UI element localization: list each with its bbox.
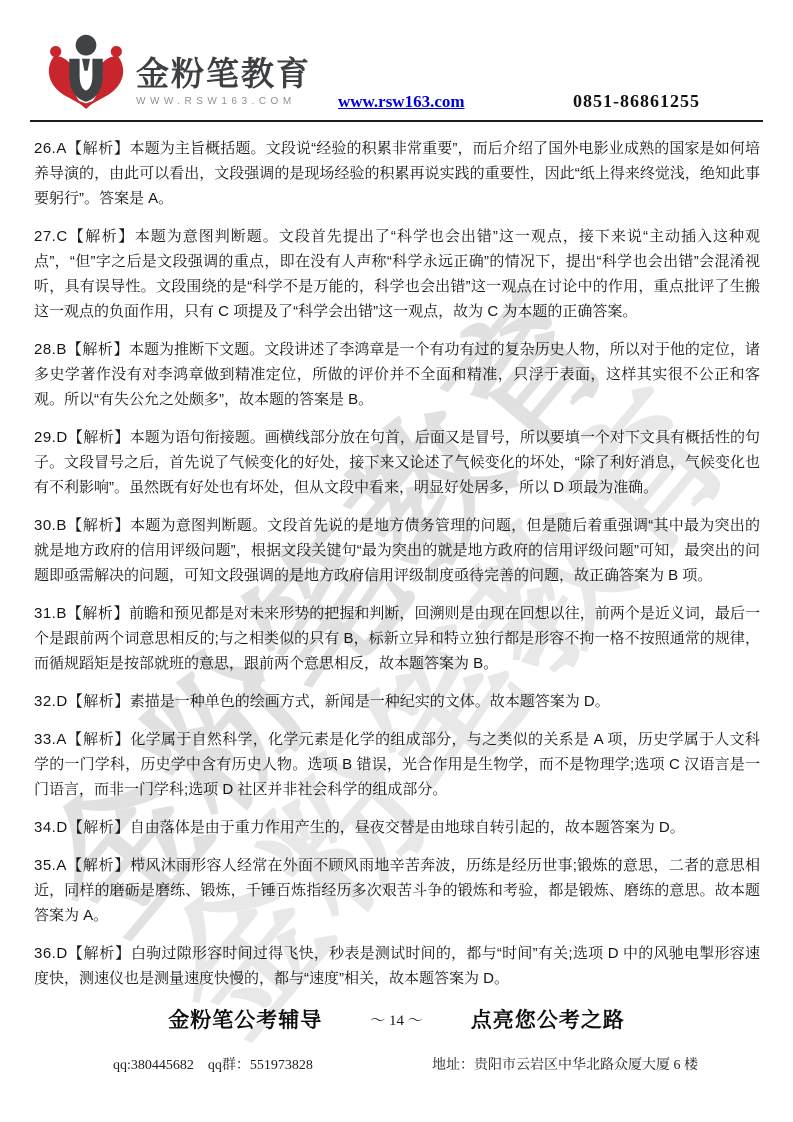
analysis-label: 【解析】 [67, 341, 129, 358]
analysis-label: 【解析】 [67, 605, 129, 622]
explanation-paragraph: 26.A【解析】本题为主旨概括题。文段说“经验的积累非常重要”，而后介绍了国外电… [34, 136, 760, 211]
brand: 金粉笔教育 WWW.RSW163.COM [46, 34, 311, 109]
explanation-text: 本题为语句衔接题。画横线部分放在句首，后面又是冒号，所以要填一个对下文具有概括性… [34, 429, 760, 496]
question-number-answer: 30.B [34, 517, 67, 534]
question-number-answer: 34.D [34, 819, 68, 836]
brand-site-url: WWW.RSW163.COM [136, 96, 311, 107]
analysis-label: 【解析】 [68, 429, 130, 446]
page-number: ～ 14 ～ [370, 1009, 423, 1030]
explanation-paragraph: 27.C【解析】本题为意图判断题。文段首先提出了“科学也会出错”这一观点，接下来… [34, 224, 760, 324]
footer-brand-left: 金粉笔公考辅导 [168, 1004, 322, 1034]
footer-qq-info: qq:380445682qq群：551973828 [113, 1054, 327, 1074]
analysis-label: 【解析】 [68, 945, 131, 962]
analysis-label: 【解析】 [67, 731, 130, 748]
footer-brand-right: 点亮您公考之路 [471, 1004, 625, 1034]
qq-number: qq:380445682 [113, 1058, 194, 1073]
explanation-paragraph: 29.D【解析】本题为语句衔接题。画横线部分放在句首，后面又是冒号，所以要填一个… [34, 425, 760, 500]
explanation-text: 前瞻和预见都是对未来形势的把握和判断，回溯则是由现在回想以往，前两个是近义词，最… [34, 605, 760, 672]
explanation-text: 本题为意图判断题。文段首先说的是地方债务管理的问题，但是随后着重强调“其中最为突… [34, 517, 760, 584]
question-number-answer: 33.A [34, 731, 67, 748]
brand-logo-icon [46, 34, 126, 109]
analysis-label: 【解析】 [68, 228, 135, 245]
explanation-text: 自由落体是由于重力作用产生的，昼夜交替是由地球自转引起的，故本题答案为 D。 [130, 819, 685, 836]
brand-name: 金粉笔教育 [136, 56, 311, 92]
document-page: 金粉笔教育 金粉笔教育 金粉笔教育 WWW.RSW163.COM www.rsw… [0, 0, 793, 1122]
question-number-answer: 28.B [34, 341, 67, 358]
question-number-answer: 32.D [34, 693, 68, 710]
explanation-paragraph: 32.D【解析】素描是一种单色的绘画方式，新闻是一种纪实的文体。故本题答案为 D… [34, 689, 760, 714]
footer-slogan-row: 金粉笔公考辅导 ～ 14 ～ 点亮您公考之路 [0, 1004, 793, 1034]
question-number-answer: 36.D [34, 945, 68, 962]
explanation-paragraph: 35.A【解析】栉风沐雨形容人经常在外面不顾风雨地辛苦奔波，历练是经历世事;锻炼… [34, 853, 760, 928]
question-number-answer: 27.C [34, 228, 68, 245]
explanation-text: 化学属于自然科学，化学元素是化学的组成部分，与之类似的关系是 A 项，历史学属于… [34, 731, 760, 798]
explanation-paragraph: 36.D【解析】白驹过隙形容时间过得飞快，秒表是测试时间的，都与“时间”有关;选… [34, 941, 760, 991]
question-number-answer: 35.A [34, 857, 67, 874]
explanation-text: 本题为主旨概括题。文段说“经验的积累非常重要”，而后介绍了国外电影业成熟的国家是… [34, 140, 760, 207]
explanation-paragraph: 30.B【解析】本题为意图判断题。文段首先说的是地方债务管理的问题，但是随后着重… [34, 513, 760, 588]
brand-text: 金粉笔教育 WWW.RSW163.COM [136, 56, 311, 109]
qq-group-number: qq群：551973828 [208, 1058, 313, 1073]
explanation-text: 本题为推断下文题。文段讲述了李鸿章是一个有功有过的复杂历史人物，所以对于他的定位… [34, 341, 760, 408]
website-link[interactable]: www.rsw163.com [338, 92, 465, 112]
explanation-paragraph: 31.B【解析】前瞻和预见都是对未来形势的把握和判断，回溯则是由现在回想以往，前… [34, 601, 760, 676]
explanation-text: 栉风沐雨形容人经常在外面不顾风雨地辛苦奔波，历练是经历世事;锻炼的意思，二者的意… [34, 857, 760, 924]
analysis-label: 【解析】 [67, 517, 130, 534]
footer-contact-row: qq:380445682qq群：551973828 地址：贵阳市云岩区中华北路众… [0, 1054, 793, 1074]
question-number-answer: 29.D [34, 429, 68, 446]
explanation-list: 26.A【解析】本题为主旨概括题。文段说“经验的积累非常重要”，而后介绍了国外电… [0, 122, 793, 991]
analysis-label: 【解析】 [68, 693, 130, 710]
question-number-answer: 26.A [34, 140, 67, 157]
question-number-answer: 31.B [34, 605, 67, 622]
explanation-text: 白驹过隙形容时间过得飞快，秒表是测试时间的，都与“时间”有关;选项 D 中的风驰… [34, 945, 760, 987]
analysis-label: 【解析】 [68, 819, 130, 836]
footer-address: 地址：贵阳市云岩区中华北路众厦大厦 6 楼 [432, 1054, 698, 1074]
analysis-label: 【解析】 [67, 857, 130, 874]
explanation-paragraph: 33.A【解析】化学属于自然科学，化学元素是化学的组成部分，与之类似的关系是 A… [34, 727, 760, 802]
explanation-text: 素描是一种单色的绘画方式，新闻是一种纪实的文体。故本题答案为 D。 [130, 693, 610, 710]
phone-number: 0851-86861255 [573, 91, 700, 112]
explanation-text: 本题为意图判断题。文段首先提出了“科学也会出错”这一观点，接下来说“主动插入这种… [34, 228, 760, 320]
analysis-label: 【解析】 [67, 140, 130, 157]
explanation-paragraph: 28.B【解析】本题为推断下文题。文段讲述了李鸿章是一个有功有过的复杂历史人物，… [34, 337, 760, 412]
explanation-paragraph: 34.D【解析】自由落体是由于重力作用产生的，昼夜交替是由地球自转引起的，故本题… [34, 815, 760, 840]
header: 金粉笔教育 WWW.RSW163.COM www.rsw163.com 0851… [0, 0, 793, 120]
